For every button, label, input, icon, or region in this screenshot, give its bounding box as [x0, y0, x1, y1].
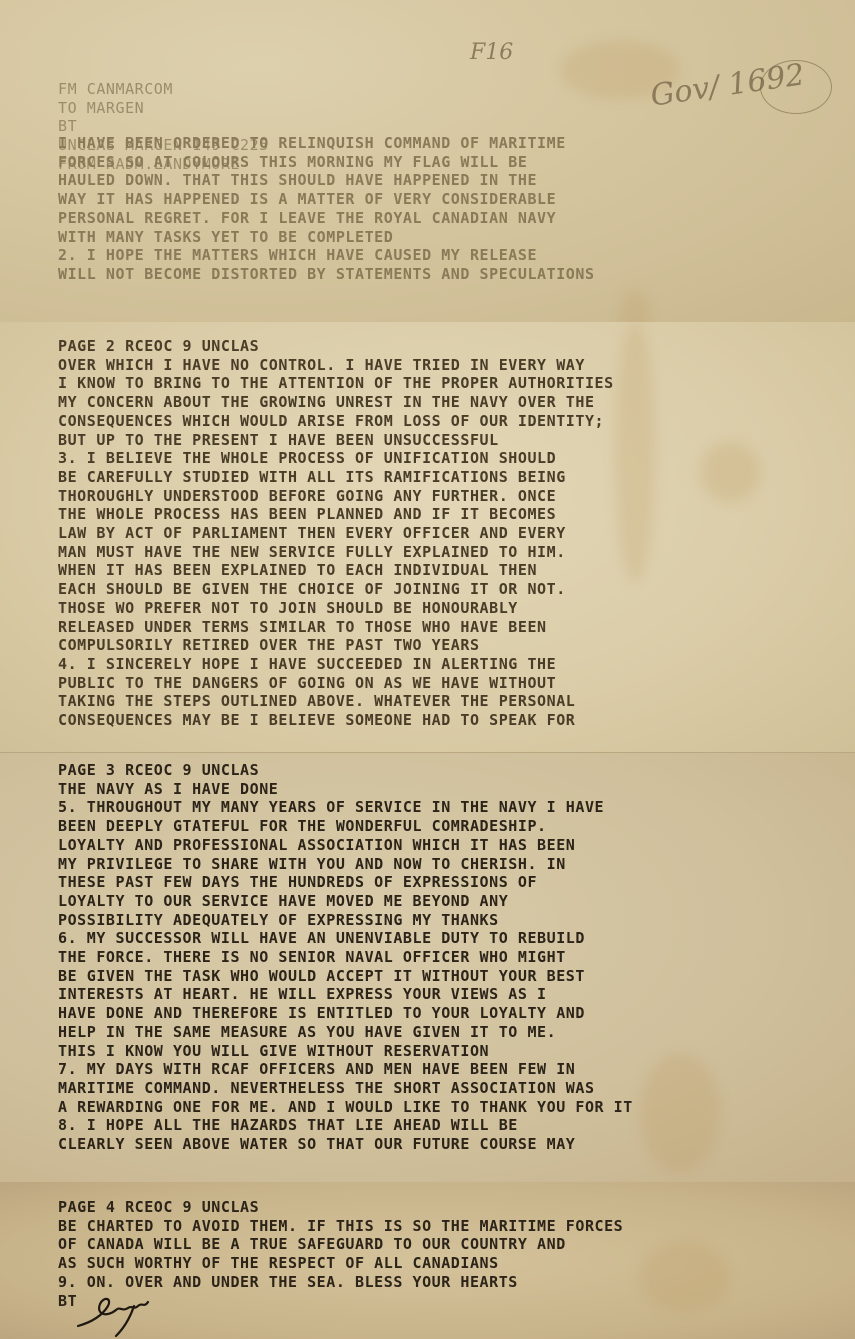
text-line: THE WHOLE PROCESS HAS BEEN PLANNED AND I…: [58, 505, 614, 524]
text-line: BE GIVEN THE TASK WHO WOULD ACCEPT IT WI…: [58, 967, 633, 986]
circular-stamp-icon: [760, 60, 832, 114]
page-1-body: I HAVE BEEN ORDERED TO RELINQUISH COMMAN…: [58, 134, 595, 284]
text-line: 4. I SINCERELY HOPE I HAVE SUCCEEDED IN …: [58, 655, 614, 674]
text-line: I HAVE BEEN ORDERED TO RELINQUISH COMMAN…: [58, 134, 595, 153]
text-line: PERSONAL REGRET. FOR I LEAVE THE ROYAL C…: [58, 209, 595, 228]
signature-icon: [72, 1288, 162, 1338]
text-line: HAULED DOWN. THAT THIS SHOULD HAVE HAPPE…: [58, 171, 595, 190]
text-line: CLEARLY SEEN ABOVE WATER SO THAT OUR FUT…: [58, 1135, 633, 1154]
text-line: WHEN IT HAS BEEN EXPLAINED TO EACH INDIV…: [58, 561, 614, 580]
header-line: FM CANMARCOM: [58, 80, 269, 99]
text-line: THE NAVY AS I HAVE DONE: [58, 780, 633, 799]
text-line: OVER WHICH I HAVE NO CONTROL. I HAVE TRI…: [58, 356, 614, 375]
text-line: THESE PAST FEW DAYS THE HUNDREDS OF EXPR…: [58, 873, 633, 892]
text-line: THIS I KNOW YOU WILL GIVE WITHOUT RESERV…: [58, 1042, 633, 1061]
text-line: FORCES SO AT COLOURS THIS MORNING MY FLA…: [58, 153, 595, 172]
text-line: BE CAREFULLY STUDIED WITH ALL ITS RAMIFI…: [58, 468, 614, 487]
text-line: WILL NOT BECOME DISTORTED BY STATEMENTS …: [58, 265, 595, 284]
header-line: TO MARGEN: [58, 99, 269, 118]
text-line: CONSEQUENCES WHICH WOULD ARISE FROM LOSS…: [58, 412, 614, 431]
text-line: MY PRIVILEGE TO SHARE WITH YOU AND NOW T…: [58, 855, 633, 874]
text-line: POSSIBILITY ADEQUATELY OF EXPRESSING MY …: [58, 911, 633, 930]
text-line: AS SUCH WORTHY OF THE RESPECT OF ALL CAN…: [58, 1254, 623, 1273]
text-line: 3. I BELIEVE THE WHOLE PROCESS OF UNIFIC…: [58, 449, 614, 468]
text-line: THE FORCE. THERE IS NO SENIOR NAVAL OFFI…: [58, 948, 633, 967]
text-line: A REWARDING ONE FOR ME. AND I WOULD LIKE…: [58, 1098, 633, 1117]
text-line: LAW BY ACT OF PARLIAMENT THEN EVERY OFFI…: [58, 524, 614, 543]
text-line: WITH MANY TASKS YET TO BE COMPLETED: [58, 228, 595, 247]
page-2-body: PAGE 2 RCEOC 9 UNCLASOVER WHICH I HAVE N…: [58, 337, 614, 730]
text-line: I KNOW TO BRING TO THE ATTENTION OF THE …: [58, 374, 614, 393]
text-line: 5. THROUGHOUT MY MANY YEARS OF SERVICE I…: [58, 798, 633, 817]
text-line: 7. MY DAYS WITH RCAF OFFICERS AND MEN HA…: [58, 1060, 633, 1079]
text-line: CONSEQUENCES MAY BE I BELIEVE SOMEONE HA…: [58, 711, 614, 730]
text-line: HAVE DONE AND THEREFORE IS ENTITLED TO Y…: [58, 1004, 633, 1023]
text-line: MARITIME COMMAND. NEVERTHELESS THE SHORT…: [58, 1079, 633, 1098]
text-line: LOYALTY TO OUR SERVICE HAVE MOVED ME BEY…: [58, 892, 633, 911]
text-line: RELEASED UNDER TERMS SIMILAR TO THOSE WH…: [58, 618, 614, 637]
page-label: PAGE 3 RCEOC 9 UNCLAS: [58, 761, 633, 780]
text-line: OF CANADA WILL BE A TRUE SAFEGUARD TO OU…: [58, 1235, 623, 1254]
page-label: PAGE 4 RCEOC 9 UNCLAS: [58, 1198, 623, 1217]
text-line: BEEN DEEPLY GTATEFUL FOR THE WONDERFUL C…: [58, 817, 633, 836]
handwritten-annotation-f16: F16: [470, 40, 513, 65]
text-line: LOYALTY AND PROFESSIONAL ASSOCIATION WHI…: [58, 836, 633, 855]
text-line: 2. I HOPE THE MATTERS WHICH HAVE CAUSED …: [58, 246, 595, 265]
text-line: 8. I HOPE ALL THE HAZARDS THAT LIE AHEAD…: [58, 1116, 633, 1135]
page-label: PAGE 2 RCEOC 9 UNCLAS: [58, 337, 614, 356]
text-line: INTERESTS AT HEART. HE WILL EXPRESS YOUR…: [58, 985, 633, 1004]
text-line: EACH SHOULD BE GIVEN THE CHOICE OF JOINI…: [58, 580, 614, 599]
text-line: HELP IN THE SAME MEASURE AS YOU HAVE GIV…: [58, 1023, 633, 1042]
text-line: 6. MY SUCCESSOR WILL HAVE AN UNENVIABLE …: [58, 929, 633, 948]
text-line: COMPULSORILY RETIRED OVER THE PAST TWO Y…: [58, 636, 614, 655]
text-line: WAY IT HAS HAPPENED IS A MATTER OF VERY …: [58, 190, 595, 209]
text-line: PUBLIC TO THE DANGERS OF GOING ON AS WE …: [58, 674, 614, 693]
text-line: MY CONCERN ABOUT THE GROWING UNREST IN T…: [58, 393, 614, 412]
text-line: MAN MUST HAVE THE NEW SERVICE FULLY EXPL…: [58, 543, 614, 562]
text-line: THOROUGHLY UNDERSTOOD BEFORE GOING ANY F…: [58, 487, 614, 506]
page-3-body: PAGE 3 RCEOC 9 UNCLASTHE NAVY AS I HAVE …: [58, 761, 633, 1154]
text-line: THOSE WO PREFER NOT TO JOIN SHOULD BE HO…: [58, 599, 614, 618]
text-line: BUT UP TO THE PRESENT I HAVE BEEN UNSUCC…: [58, 431, 614, 450]
text-line: BE CHARTED TO AVOID THEM. IF THIS IS SO …: [58, 1217, 623, 1236]
text-line: TAKING THE STEPS OUTLINED ABOVE. WHATEVE…: [58, 692, 614, 711]
